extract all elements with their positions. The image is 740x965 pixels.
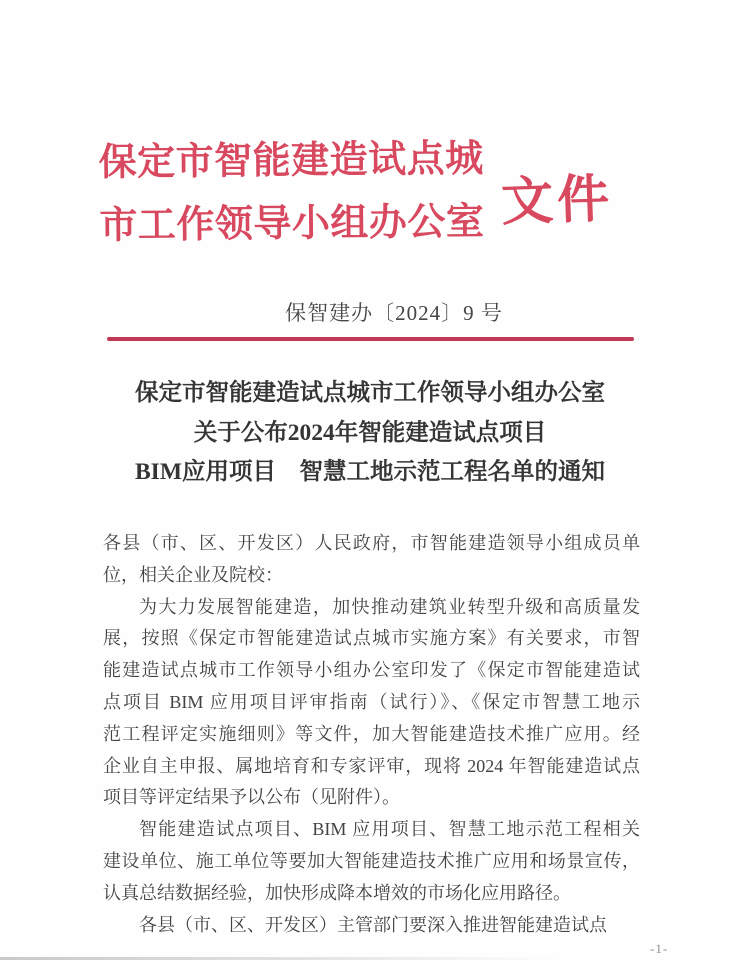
body-line: 范工程评定实施细则》等文件，加大智能建造技术推广应用。经 xyxy=(103,719,640,751)
org-name-line2: 市工作领导小组办公室 xyxy=(99,191,485,258)
document-body: 各县（市、区、开发区）人民政府，市智能建造领导小组成员单位，相关企业及院校：为大… xyxy=(103,528,640,941)
page-number: -1- xyxy=(650,941,668,957)
body-line: 各县（市、区、开发区）主管部门要深入推进智能建造试点 xyxy=(103,910,640,942)
body-line: 能建造试点城市工作领导小组办公室印发了《保定市智能建造试 xyxy=(103,655,640,687)
body-line: 企业自主申报、属地培育和专家评审，现将 2024 年智能建造试点 xyxy=(103,751,640,783)
body-line: 展，按照《保定市智能建造试点城市实施方案》有关要求，市智 xyxy=(103,623,640,655)
body-line: 建设单位、施工单位等要加大智能建造技术推广应用和场景宣传， xyxy=(103,846,640,878)
org-name-line1: 保定市智能建造试点城 xyxy=(98,128,484,195)
body-line: 项目等评定结果予以公布（见附件）。 xyxy=(103,782,640,814)
scan-edge-shadow xyxy=(0,957,560,960)
red-divider-line xyxy=(107,337,634,341)
body-line: 各县（市、区、开发区）人民政府，市智能建造领导小组成员单 xyxy=(103,528,640,560)
body-line: 智能建造试点项目、BIM 应用项目、智慧工地示范工程相关 xyxy=(103,814,640,846)
issuing-org-name: 保定市智能建造试点城 市工作领导小组办公室 xyxy=(98,128,484,258)
document-page: 保定市智能建造试点城 市工作领导小组办公室 文件 保智建办〔2024〕9 号 保… xyxy=(0,0,740,965)
title-line1: 保定市智能建造试点城市工作领导小组办公室 xyxy=(0,374,740,414)
body-line: 为大力发展智能建造，加快推动建筑业转型升级和高质量发 xyxy=(103,592,640,624)
body-line: 点项目 BIM 应用项目评审指南（试行）》、《保定市智慧工地示 xyxy=(103,687,640,719)
title-line2: 关于公布2024年智能建造试点项目 xyxy=(0,414,740,454)
body-line: 位，相关企业及院校： xyxy=(103,560,640,592)
document-type-label: 文件 xyxy=(500,156,615,235)
document-number: 保智建办〔2024〕9 号 xyxy=(24,297,740,327)
body-line: 认真总结数据经验，加快形成降本增效的市场化应用路径。 xyxy=(103,878,640,910)
title-line3: BIM应用项目 智慧工地示范工程名单的通知 xyxy=(0,453,740,493)
document-title: 保定市智能建造试点城市工作领导小组办公室 关于公布2024年智能建造试点项目 B… xyxy=(0,374,740,493)
